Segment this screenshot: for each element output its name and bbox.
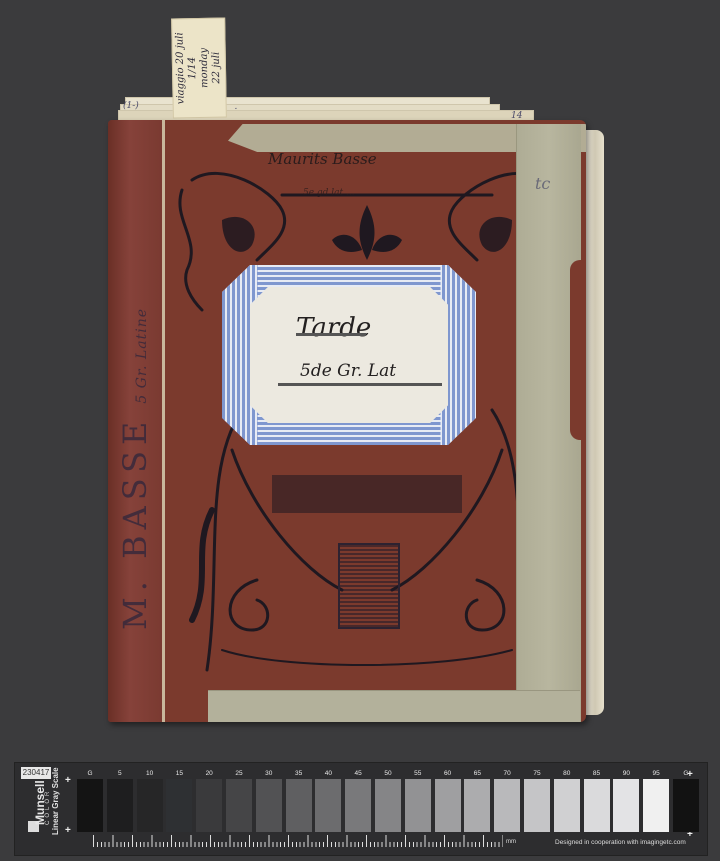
patch-label: 85 [593,769,600,779]
gray-patch: 80 [554,769,580,832]
gray-patch: 65 [464,769,490,832]
gray-patch: G [77,769,103,832]
gray-patch: 25 [226,769,252,832]
patch-label: 40 [325,769,332,779]
patch-label: 15 [176,769,183,779]
label-subtitle: 5de Gr. Lat [300,361,396,381]
patch-swatch [137,779,163,832]
gray-patch: 55 [405,769,431,832]
gray-patch: 95 [643,769,669,832]
patch-swatch [464,779,490,832]
exposed-cover-patch [570,260,586,440]
patch-label: 20 [206,769,213,779]
patch-label: 30 [265,769,272,779]
patch-label: 75 [533,769,540,779]
label-underline [278,383,442,386]
card-id: 230417 [21,767,51,779]
ruler-unit: mm [506,839,516,845]
gray-patch: 90 [613,769,639,832]
patch-label: 60 [444,769,451,779]
paper-left-note: (1-) [123,101,139,111]
gray-patch: 10 [137,769,163,832]
gray-patches: G5101520253035404550556065707580859095G [77,769,699,832]
patch-swatch [196,779,222,832]
patch-swatch [107,779,133,832]
gray-patch: G [673,769,699,832]
patch-label: 65 [474,769,481,779]
gray-patch: 20 [196,769,222,832]
patch-swatch [673,779,699,832]
patch-label: 80 [563,769,570,779]
patch-swatch [524,779,550,832]
patch-swatch [315,779,341,832]
spine: M. BASSE5 Gr. Latine [108,120,165,722]
scale-name: Linear Gray Scale [51,767,60,835]
patch-swatch [286,779,312,832]
patch-swatch [613,779,639,832]
patch-label: 45 [355,769,362,779]
patch-swatch [166,779,192,832]
registration-mark-icon: + [65,825,71,836]
spine-text: M. BASSE5 Gr. Latine [116,308,154,630]
owner-name: Maurits Basse [268,150,377,168]
gray-patch: 85 [584,769,610,832]
label-paper: Tarde 5de Gr. Lat [250,287,448,423]
patch-label: 35 [295,769,302,779]
publisher-emblem-icon [338,543,400,629]
tab-slip-text: viaggio 20 juli 1/14 monday 22 juli [174,32,223,105]
patch-label: 95 [653,769,660,779]
patch-label: 70 [504,769,511,779]
patch-swatch [77,779,103,832]
tab-slip: viaggio 20 juli 1/14 monday 22 juli [171,18,227,119]
patch-swatch [405,779,431,832]
patch-swatch [554,779,580,832]
munsell-gray-scale-card: 230417 Munsell COLOR Linear Gray Scale +… [14,762,708,856]
gray-patch: 35 [286,769,312,832]
patch-swatch [584,779,610,832]
spine-subtext: 5 Gr. Latine [134,308,150,404]
gray-patch: 15 [166,769,192,832]
mm-ruler-major [93,835,503,847]
gray-patch: 30 [256,769,282,832]
label-title: Tarde [296,313,371,343]
gray-patch: 5 [107,769,133,832]
patch-label: G [87,769,92,779]
patch-swatch [375,779,401,832]
patch-swatch [226,779,252,832]
patch-label: 50 [384,769,391,779]
owner-subline: 5e gd lat ... [303,188,355,198]
gray-patch: 50 [375,769,401,832]
patch-swatch [345,779,371,832]
repair-tape-bottom [208,690,580,722]
patch-label: 10 [146,769,153,779]
spine-name: M. BASSE [116,416,154,630]
gray-patch: 45 [345,769,371,832]
gray-patch: 60 [435,769,461,832]
patch-label: 5 [118,769,122,779]
patch-label: 55 [414,769,421,779]
patch-swatch [256,779,282,832]
tab-slip-line: viaggio 20 juli [174,32,187,104]
patch-swatch [435,779,461,832]
credit-text: Designed in cooperation with imagingetc.… [555,839,686,846]
tab-slip-line: 22 juli [210,32,223,104]
patch-swatch [494,779,520,832]
gray-patch: 70 [494,769,520,832]
label-underline [296,333,366,336]
gray-patch: 40 [315,769,341,832]
notebook-label: Tarde 5de Gr. Lat [222,265,476,445]
patch-label: 25 [235,769,242,779]
patch-label: 90 [623,769,630,779]
gray-patch: 75 [524,769,550,832]
corner-mark: tc [535,174,550,193]
patch-label: G [683,769,688,779]
registration-mark-icon: + [65,775,71,786]
patch-swatch [643,779,669,832]
